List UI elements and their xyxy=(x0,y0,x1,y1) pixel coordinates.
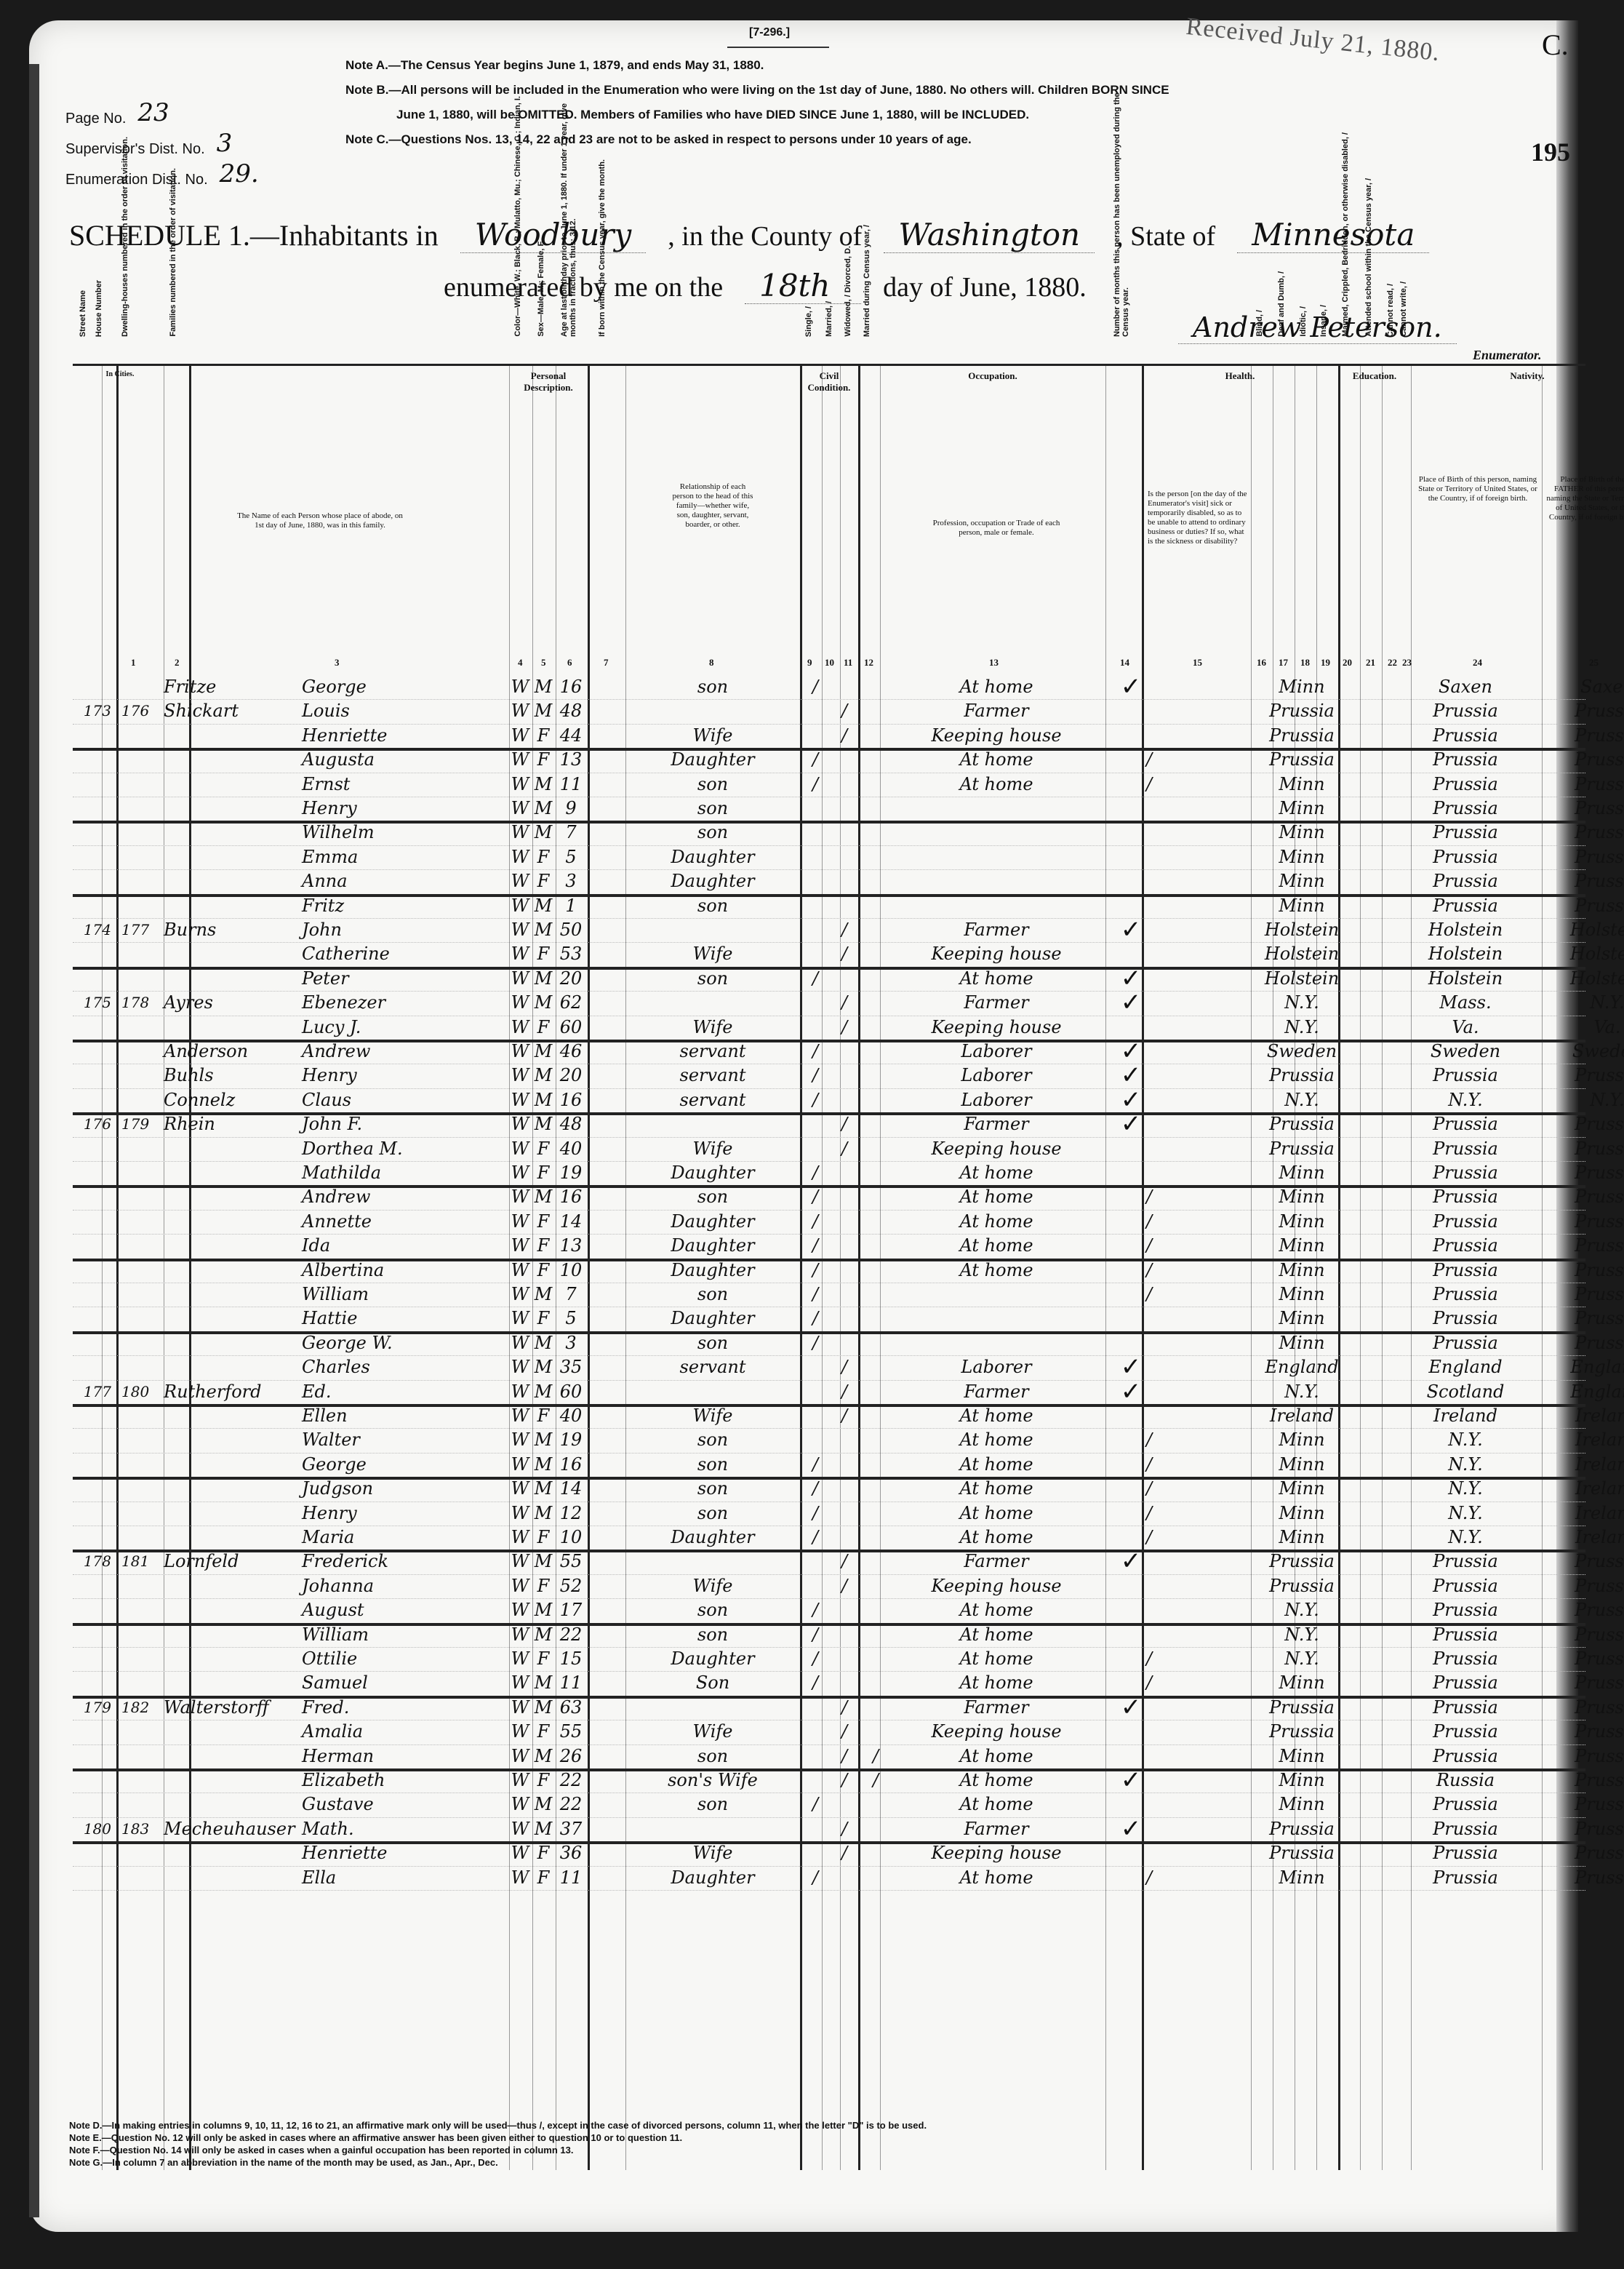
table-row: JudgsonWM14son/At home/MinnN.Y.Ireland34 xyxy=(73,1477,1585,1502)
family-number: 180 xyxy=(121,1383,149,1400)
occupation: At home xyxy=(895,1623,1098,1647)
district-info: Page No.23 Supervisor's Dist. No.3 Enume… xyxy=(65,97,259,188)
mother-birthplace: Prussia xyxy=(1538,1185,1624,1209)
enumerator-label: Enumerator. xyxy=(1473,348,1542,363)
given-name: Claus xyxy=(164,1088,505,1112)
married-mark: / xyxy=(836,699,852,723)
school-mark: / xyxy=(1138,1428,1160,1452)
given-name: Anna xyxy=(164,869,505,893)
relationship: son xyxy=(640,1623,785,1647)
colnum-24: 24 xyxy=(1473,657,1482,669)
father-birthplace: Prussia xyxy=(1396,1817,1535,1841)
married-mark: / xyxy=(836,1112,852,1136)
age: 11 xyxy=(556,773,586,797)
table-row: AugustaWF13Daughter/At home/PrussiaPruss… xyxy=(73,748,1585,773)
birthplace: Prussia xyxy=(1211,1112,1393,1136)
occupation: At home xyxy=(895,1404,1098,1428)
dwelling-family-number: 176179 xyxy=(73,1112,160,1136)
given-name: Gustave xyxy=(164,1793,505,1817)
married-mark: / xyxy=(836,1720,852,1744)
sex: M xyxy=(532,1793,554,1817)
birthplace: Sweden xyxy=(1211,1040,1393,1064)
occupation: At home xyxy=(895,1161,1098,1185)
birthplace: Prussia xyxy=(1211,748,1393,772)
table-row: EllaWF11Daughter/At home/MinnPrussiaPrus… xyxy=(73,1866,1585,1891)
given-name: William xyxy=(164,1623,505,1647)
single-mark: / xyxy=(807,1283,823,1307)
enumeration-row: Enumeration Dist. No.29. xyxy=(65,158,259,188)
table-row: Lucy J.WF60Wife/Keeping houseN.Y.Va.Va.1… xyxy=(73,1016,1585,1042)
table-row: 177180RutherfordEd.WM60/Farmer✓N.Y.Scotl… xyxy=(73,1380,1585,1407)
age: 11 xyxy=(556,1866,586,1890)
table-row: HenryWM12son/At home/MinnN.Y.Ireland35 xyxy=(73,1502,1585,1526)
sex: M xyxy=(532,1817,554,1841)
family-number: 179 xyxy=(121,1115,149,1133)
birthplace: Minn xyxy=(1211,1526,1393,1550)
relationship: Wife xyxy=(640,1016,785,1040)
page-no-value: 23 xyxy=(137,98,169,127)
age: 7 xyxy=(556,1283,586,1307)
father-birthplace: Prussia xyxy=(1396,1210,1535,1234)
married-census-year-mark: / xyxy=(868,1744,884,1768)
table-row: HattieWF5Daughter/MinnPrussiaPrussia27 xyxy=(73,1307,1585,1333)
table-row: WilliamWM7son//MinnPrussiaPrussia26 xyxy=(73,1283,1585,1307)
color: W xyxy=(509,1161,531,1185)
note-a: Note A.—The Census Year begins June 1, 1… xyxy=(345,53,1169,78)
birthplace: Minn xyxy=(1211,1331,1393,1355)
sex: F xyxy=(532,1161,554,1185)
header-month-born: If born within the Census year, give the… xyxy=(598,159,607,337)
age: 11 xyxy=(556,1671,586,1695)
sex: F xyxy=(532,1234,554,1258)
relationship: son xyxy=(640,1331,785,1355)
family-number: 176 xyxy=(121,702,149,719)
occupation: At home xyxy=(895,1598,1098,1622)
colnum-20: 20 xyxy=(1343,657,1352,669)
colnum-9: 9 xyxy=(807,657,812,669)
group-nativity: Nativity. xyxy=(1411,370,1624,382)
supervisor-label: Supervisor's Dist. No. xyxy=(65,141,205,158)
school-mark: / xyxy=(1138,1647,1160,1671)
note-d: Note D.—In making entries in columns 9, … xyxy=(69,2119,927,2132)
group-occupation: Occupation. xyxy=(880,370,1105,382)
relationship: servant xyxy=(640,1355,785,1379)
mother-birthplace: Prussia xyxy=(1538,1161,1624,1185)
supervisor-value: 3 xyxy=(217,129,233,158)
father-birthplace: Holstein xyxy=(1396,918,1535,942)
header-name: The Name of each Person whose place of a… xyxy=(233,511,407,530)
occupation: Farmer xyxy=(895,1817,1098,1841)
age: 40 xyxy=(556,1137,586,1161)
single-mark: / xyxy=(807,1623,823,1647)
corner-letter: C. xyxy=(1542,28,1569,62)
given-name: John xyxy=(164,918,505,942)
table-row: EmmaWF5DaughterMinnPrussiaPrussia8 xyxy=(73,845,1585,870)
relationship: Wife xyxy=(640,724,785,748)
sex: M xyxy=(532,797,554,821)
relationship: Daughter xyxy=(640,1210,785,1234)
color: W xyxy=(509,1744,531,1768)
birthplace: N.Y. xyxy=(1211,1016,1393,1040)
sex: M xyxy=(532,967,554,991)
dwelling-number: 177 xyxy=(84,1383,111,1400)
note-f: Note F.—Question No. 14 will only be ask… xyxy=(69,2144,927,2156)
age: 5 xyxy=(556,1307,586,1331)
father-birthplace: Prussia xyxy=(1396,1064,1535,1088)
father-birthplace: Prussia xyxy=(1396,1283,1535,1307)
colnum-5: 5 xyxy=(541,657,546,669)
age: 3 xyxy=(556,1331,586,1355)
married-mark: / xyxy=(836,1744,852,1768)
color: W xyxy=(509,1137,531,1161)
given-name: Mathilda xyxy=(164,1161,505,1185)
color: W xyxy=(509,1307,531,1331)
mother-birthplace: Prussia xyxy=(1538,748,1624,772)
occupation: Farmer xyxy=(895,1550,1098,1574)
mother-birthplace: Ireland xyxy=(1538,1428,1624,1452)
relationship: son's Wife xyxy=(640,1768,785,1793)
occupation: At home xyxy=(895,1185,1098,1209)
father-birthplace: N.Y. xyxy=(1396,1088,1535,1112)
table-row: GeorgeWM16son/At home/MinnN.Y.Ireland33 xyxy=(73,1453,1585,1480)
father-birthplace: Prussia xyxy=(1396,1259,1535,1283)
age: 19 xyxy=(556,1428,586,1452)
mother-birthplace: Holstein xyxy=(1538,942,1624,966)
father-birthplace: Prussia xyxy=(1396,1112,1535,1136)
sex: F xyxy=(532,1137,554,1161)
sex: F xyxy=(532,724,554,748)
age: 22 xyxy=(556,1768,586,1793)
given-name: Louis xyxy=(164,699,505,723)
enumeration-label: Enumeration Dist. No. xyxy=(65,172,208,188)
mother-birthplace: Prussia xyxy=(1538,1574,1624,1598)
father-birthplace: Prussia xyxy=(1396,1647,1535,1671)
table-row: AnnaWF3DaughterMinnPrussiaPrussia9 xyxy=(73,869,1585,896)
father-birthplace: N.Y. xyxy=(1396,1428,1535,1452)
age: 9 xyxy=(556,797,586,821)
header-street: Street Name xyxy=(79,290,87,337)
colnum-7: 7 xyxy=(604,657,609,669)
school-mark: / xyxy=(1138,1259,1160,1283)
group-education: Education. xyxy=(1338,370,1411,382)
color: W xyxy=(509,1647,531,1671)
sex: M xyxy=(532,1185,554,1209)
note-b-cont: June 1, 1880, will be OMITTED. Members o… xyxy=(345,103,1169,127)
birthplace: N.Y. xyxy=(1211,1647,1393,1671)
colnum-14: 14 xyxy=(1120,657,1129,669)
table-row: HenrietteWF36Wife/Keeping housePrussiaPr… xyxy=(73,1841,1585,1866)
age: 20 xyxy=(556,967,586,991)
unemployed-check: ✓ xyxy=(1109,1112,1153,1136)
colnum-4: 4 xyxy=(518,657,523,669)
colnum-23: 23 xyxy=(1402,657,1412,669)
header-dwelling: Dwelling-houses numbered in the order of… xyxy=(121,137,129,337)
age: 20 xyxy=(556,1064,586,1088)
color: W xyxy=(509,869,531,893)
census-table: In Cities. Personal Description. Civil C… xyxy=(73,364,1585,366)
father-birthplace: Sweden xyxy=(1396,1040,1535,1064)
single-mark: / xyxy=(807,773,823,797)
sex: M xyxy=(532,918,554,942)
color: W xyxy=(509,1793,531,1817)
township-field: Woodbury xyxy=(460,217,647,253)
father-birthplace: Russia xyxy=(1396,1768,1535,1793)
occupation: Keeping house xyxy=(895,942,1098,966)
occupation: Keeping house xyxy=(895,1016,1098,1040)
header-blind: Blind, / xyxy=(1255,310,1264,337)
married-mark: / xyxy=(836,1574,852,1598)
state-field: Minnesota xyxy=(1237,217,1429,253)
relationship: son xyxy=(640,1453,785,1477)
mother-birthplace: England xyxy=(1538,1380,1624,1404)
birthplace: Prussia xyxy=(1211,699,1393,723)
sex: M xyxy=(532,991,554,1015)
relationship: Wife xyxy=(640,942,785,966)
mother-birthplace: Prussia xyxy=(1538,797,1624,821)
enumerated-label: enumerated by me on the xyxy=(444,271,723,303)
relationship: son xyxy=(640,675,785,699)
age: 55 xyxy=(556,1550,586,1574)
age: 50 xyxy=(556,918,586,942)
married-mark: / xyxy=(836,1355,852,1379)
unemployed-check: ✓ xyxy=(1109,991,1153,1015)
occupation: Keeping house xyxy=(895,724,1098,748)
given-name: Peter xyxy=(164,967,505,991)
age: 48 xyxy=(556,1112,586,1136)
enumerator-signature: Andrew Peterson. xyxy=(1178,311,1457,344)
father-birthplace: Prussia xyxy=(1396,1574,1535,1598)
mother-birthplace: Prussia xyxy=(1538,1550,1624,1574)
header-married-cy: Married during Census year, / xyxy=(863,225,871,337)
colnum-13: 13 xyxy=(989,657,999,669)
color: W xyxy=(509,748,531,772)
school-mark: / xyxy=(1138,1477,1160,1501)
color: W xyxy=(509,1283,531,1307)
dwelling-number: 176 xyxy=(84,1115,111,1133)
color: W xyxy=(509,845,531,869)
mother-birthplace: Prussia xyxy=(1538,1598,1624,1622)
sex: M xyxy=(532,821,554,845)
table-row: AmaliaWF55Wife/Keeping housePrussiaPruss… xyxy=(73,1720,1585,1744)
family-number: 182 xyxy=(121,1699,149,1716)
father-birthplace: Prussia xyxy=(1396,1307,1535,1331)
single-mark: / xyxy=(807,1210,823,1234)
school-mark: / xyxy=(1138,1502,1160,1526)
relationship: Daughter xyxy=(640,1866,785,1890)
relationship: son xyxy=(640,1283,785,1307)
school-mark: / xyxy=(1138,773,1160,797)
table-row: MariaWF10Daughter/At home/MinnN.Y.Irelan… xyxy=(73,1526,1585,1552)
given-name: Lucy J. xyxy=(164,1016,505,1040)
county-label: , in the County of xyxy=(668,220,862,252)
footnotes: Note D.—In making entries in columns 9, … xyxy=(69,2119,927,2169)
color: W xyxy=(509,1502,531,1526)
header-school: Attended school within the Census year, … xyxy=(1364,178,1373,337)
dwelling-number: 173 xyxy=(84,702,111,719)
age: 16 xyxy=(556,1453,586,1477)
occupation: At home xyxy=(895,1647,1098,1671)
relationship: son xyxy=(640,1428,785,1452)
father-birthplace: Prussia xyxy=(1396,1185,1535,1209)
mother-birthplace: Holstein xyxy=(1538,918,1624,942)
color: W xyxy=(509,1623,531,1647)
header-single: Single, / xyxy=(804,306,813,337)
relationship: son xyxy=(640,967,785,991)
unemployed-check: ✓ xyxy=(1109,1088,1153,1112)
birthplace: Minn xyxy=(1211,675,1393,699)
given-name: Henry xyxy=(164,1502,505,1526)
age: 1 xyxy=(556,894,586,918)
color: W xyxy=(509,1259,531,1283)
mother-birthplace: Ireland xyxy=(1538,1477,1624,1501)
age: 26 xyxy=(556,1744,586,1768)
age: 46 xyxy=(556,1040,586,1064)
color: W xyxy=(509,1550,531,1574)
given-name: Ella xyxy=(164,1866,505,1890)
table-row: HermanWM26son//At homeMinnPrussiaPrussia… xyxy=(73,1744,1585,1771)
occupation: At home xyxy=(895,748,1098,772)
color: W xyxy=(509,1453,531,1477)
table-row: ErnstWM11son/At home/MinnPrussiaPrussia5 xyxy=(73,773,1585,797)
given-name: Johanna xyxy=(164,1574,505,1598)
mother-birthplace: England xyxy=(1538,1355,1624,1379)
sex: M xyxy=(532,1331,554,1355)
age: 22 xyxy=(556,1793,586,1817)
given-name: John F. xyxy=(164,1112,505,1136)
married-mark: / xyxy=(836,1817,852,1841)
dwelling-family-number: 173176 xyxy=(73,699,160,723)
color: W xyxy=(509,1380,531,1404)
relationship: Daughter xyxy=(640,1526,785,1550)
color: W xyxy=(509,1671,531,1695)
table-row: 173176ShickartLouisWM48/FarmerPrussiaPru… xyxy=(73,699,1585,724)
single-mark: / xyxy=(807,1598,823,1622)
given-name: Andrew xyxy=(164,1185,505,1209)
header-family: Families numbered in the order of visita… xyxy=(169,168,177,337)
unemployed-check: ✓ xyxy=(1109,1768,1153,1793)
sex: F xyxy=(532,1259,554,1283)
colnum-11: 11 xyxy=(844,657,852,669)
given-name: Emma xyxy=(164,845,505,869)
relationship: son xyxy=(640,1744,785,1768)
birthplace: Minn xyxy=(1211,845,1393,869)
father-birthplace: N.Y. xyxy=(1396,1453,1535,1477)
birthplace: Holstein xyxy=(1211,967,1393,991)
sex: F xyxy=(532,869,554,893)
father-birthplace: Prussia xyxy=(1396,773,1535,797)
color: W xyxy=(509,1768,531,1793)
header-insane: Insane, / xyxy=(1319,305,1328,337)
given-name: Henry xyxy=(164,1064,505,1088)
birthplace: N.Y. xyxy=(1211,1380,1393,1404)
father-birthplace: Va. xyxy=(1396,1016,1535,1040)
table-row: OttilieWF15Daughter/At home/N.Y.PrussiaP… xyxy=(73,1647,1585,1672)
table-row: George W.WM3son/MinnPrussiaPrussia28 xyxy=(73,1331,1585,1356)
married-mark: / xyxy=(836,1404,852,1428)
dwelling-number: 179 xyxy=(84,1699,111,1716)
mother-birthplace: N.Y. xyxy=(1538,991,1624,1015)
mother-birthplace: Holstein xyxy=(1538,967,1624,991)
color: W xyxy=(509,821,531,845)
father-birthplace: Prussia xyxy=(1396,1671,1535,1695)
unemployed-check: ✓ xyxy=(1109,675,1153,699)
age: 63 xyxy=(556,1696,586,1720)
dwelling-number: 174 xyxy=(84,921,111,938)
relationship: Wife xyxy=(640,1137,785,1161)
birthplace: Minn xyxy=(1211,1307,1393,1331)
mother-birthplace: Prussia xyxy=(1538,1793,1624,1817)
sex: F xyxy=(532,748,554,772)
mother-birthplace: Va. xyxy=(1538,1016,1624,1040)
birthplace: Prussia xyxy=(1211,1064,1393,1088)
single-mark: / xyxy=(807,1793,823,1817)
relationship: son xyxy=(640,1477,785,1501)
color: W xyxy=(509,918,531,942)
sex: M xyxy=(532,1355,554,1379)
single-mark: / xyxy=(807,1259,823,1283)
occupation: At home xyxy=(895,1502,1098,1526)
father-birthplace: Prussia xyxy=(1396,1720,1535,1744)
sex: M xyxy=(532,1671,554,1695)
father-birthplace: Prussia xyxy=(1396,1623,1535,1647)
given-name: Dorthea M. xyxy=(164,1137,505,1161)
color: W xyxy=(509,1064,531,1088)
relationship: Daughter xyxy=(640,1161,785,1185)
table-row: 179182WalterstorffFred.WM63/Farmer✓Pruss… xyxy=(73,1696,1585,1720)
colnum-8: 8 xyxy=(709,657,714,669)
relationship: Daughter xyxy=(640,1259,785,1283)
given-name: Judgson xyxy=(164,1477,505,1501)
birthplace: N.Y. xyxy=(1211,1088,1393,1112)
occupation: Laborer xyxy=(895,1355,1098,1379)
occupation: At home xyxy=(895,1259,1098,1283)
age: 48 xyxy=(556,699,586,723)
colnum-21: 21 xyxy=(1366,657,1375,669)
table-row: Dorthea M.WF40Wife/Keeping housePrussiaP… xyxy=(73,1137,1585,1162)
table-row: BuhlsHenryWM20servant/Laborer✓PrussiaPru… xyxy=(73,1064,1585,1088)
mother-birthplace: Prussia xyxy=(1538,1696,1624,1720)
sex: F xyxy=(532,1210,554,1234)
unemployed-check: ✓ xyxy=(1109,1380,1153,1404)
single-mark: / xyxy=(807,1064,823,1088)
table-row: AugustWM17son/At homeN.Y.PrussiaPrussia3… xyxy=(73,1598,1585,1625)
table-row: GustaveWM22son/At homeMinnPrussiaPrussia… xyxy=(73,1793,1585,1817)
birthplace: Ireland xyxy=(1211,1404,1393,1428)
note-g: Note G.—In column 7 an abbreviation in t… xyxy=(69,2156,927,2169)
given-name: Hattie xyxy=(164,1307,505,1331)
single-mark: / xyxy=(807,1088,823,1112)
colnum-2: 2 xyxy=(175,657,180,669)
birthplace: N.Y. xyxy=(1211,1623,1393,1647)
table-row: IdaWF13Daughter/At home/MinnPrussiaPruss… xyxy=(73,1234,1585,1261)
unemployed-check: ✓ xyxy=(1109,1040,1153,1064)
given-name: Ed. xyxy=(164,1380,505,1404)
given-name: George xyxy=(164,1453,505,1477)
given-name: Math. xyxy=(164,1817,505,1841)
age: 37 xyxy=(556,1817,586,1841)
colnum-15: 15 xyxy=(1193,657,1202,669)
colnum-17: 17 xyxy=(1279,657,1288,669)
dwelling-number: 180 xyxy=(84,1820,111,1838)
sex: F xyxy=(532,942,554,966)
family-number: 177 xyxy=(121,921,149,938)
mother-birthplace: Prussia xyxy=(1538,699,1624,723)
table-row: SamuelWM11Son/At home/MinnPrussiaPrussia… xyxy=(73,1671,1585,1698)
single-mark: / xyxy=(807,675,823,699)
married-mark: / xyxy=(836,942,852,966)
census-page: [7-296.] Received July 21, 1880. C. 195 … xyxy=(29,20,1578,2232)
sex: M xyxy=(532,699,554,723)
